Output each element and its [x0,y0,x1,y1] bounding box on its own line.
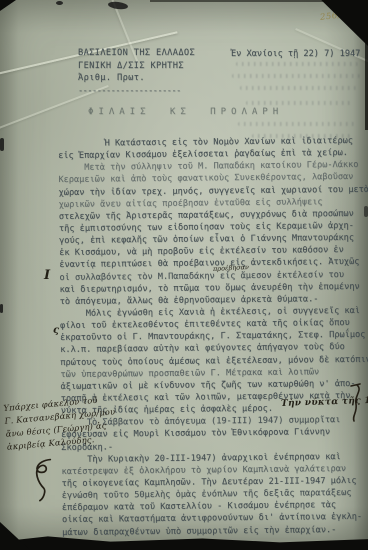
scan-speck [56,1,63,5]
margin-note-handwritten: Υπάρχει φάκελον τοῦΓ. Κατσανεβάκη χωρ/μο… [3,392,125,454]
letterhead-protocol-line: Ἀριθμ. Πρωτ. [78,73,195,86]
scan-corner-dark [0,0,16,11]
letterhead-directorate-line: ΓΕΝΙΚΗ Δ/ΣΙΣ ΚΡΗΤΗΣ [78,61,195,74]
letterhead-state-line: ΒΑΣΙΛΕΙΟΝ ΤΗΣ ΕΛΛΑΔΟΣ [78,48,195,61]
scan-speck [108,1,129,10]
bleedthrough-texture [246,101,354,105]
scan-speck [0,138,4,151]
scan-edge-dark [150,0,328,2]
pen-flourish-icon [348,383,364,423]
margin-initial-handwritten: Ι [44,268,50,283]
archive-reference-handwritten: 256/16/50 [320,7,368,23]
bleedthrough-texture [240,86,356,90]
bleedthrough-texture [232,74,360,78]
document-title: ΦΙΛΑΙΣ ΚΣ ΠΡΟΛΑΡΗ [88,107,283,117]
bleedthrough-texture [238,122,356,126]
document-scan: 256/16/50 ΒΑΣΙΛΕΙΟΝ ΤΗΣ ΕΛΛΑΔΟΣ ΓΕΝΙΚΗ Δ… [0,0,368,550]
margin-tick-handwritten: ς [53,325,59,336]
bleedthrough-texture [236,62,358,66]
document-body: Ἡ Κατάστασις εἰς τὸν Νομὸν Χανίων καὶ ἰδ… [58,135,368,539]
letterhead: ΒΑΣΙΛΕΙΟΝ ΤΗΣ ΕΛΛΑΔΟΣ ΓΕΝΙΚΗ Δ/ΣΙΣ ΚΡΗΤΗ… [78,48,195,98]
scan-corner-dark [0,522,30,550]
paper-crease [295,28,368,66]
letterhead-rule: ---------------------- [78,86,195,99]
text-line: μάτων διαπραχθέντων ὑπὸ συμμοριτῶν εἰς τ… [62,523,368,538]
scan-speck [0,304,3,313]
signature-flourish-icon [24,454,68,503]
dateline: Ἐν Χανίοις τῇ 22) 7) 1947 [231,49,360,59]
